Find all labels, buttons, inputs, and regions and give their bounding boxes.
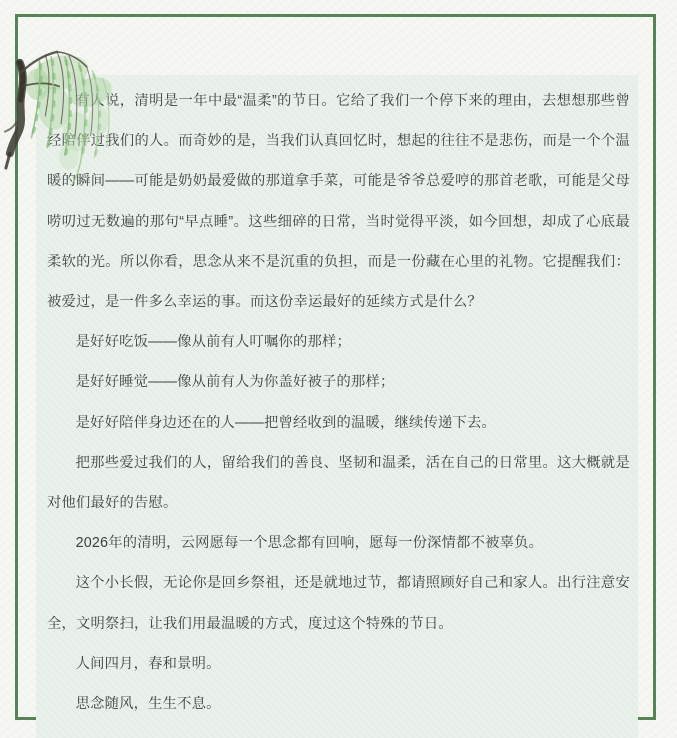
paragraph-eat: 是好好吃饭——像从前有人叮嘱你的那样； [47, 322, 630, 362]
paragraph-accompany: 是好好陪伴身边还在的人——把曾经收到的温暖，继续传递下去。 [47, 403, 630, 443]
paragraph-ending: 思念随风，生生不息。 [47, 684, 630, 724]
page-background: 有人说，清明是一年中最“温柔”的节日。它给了我们一个停下来的理由，去想想那些曾经… [0, 0, 677, 738]
paragraph-comfort: 把那些爱过我们的人，留给我们的善良、坚韧和温柔，活在自己的日常里。这大概就是对他… [47, 443, 630, 523]
paragraph-sleep: 是好好睡觉——像从前有人为你盖好被子的那样； [47, 362, 630, 402]
content-panel: 有人说，清明是一年中最“温柔”的节日。它给了我们一个停下来的理由，去想想那些曾经… [36, 75, 638, 738]
paragraph-holiday: 这个小长假，无论你是回乡祭祖，还是就地过节，都请照顾好自己和家人。出行注意安全，… [47, 563, 630, 643]
paragraph-april: 人间四月，春和景明。 [47, 644, 630, 684]
paragraph-intro: 有人说，清明是一年中最“温柔”的节日。它给了我们一个停下来的理由，去想想那些曾经… [47, 81, 630, 322]
article-body: 有人说，清明是一年中最“温柔”的节日。它给了我们一个停下来的理由，去想想那些曾经… [47, 81, 630, 724]
paragraph-wish-2026: 2026年的清明，云网愿每一个思念都有回响，愿每一份深情都不被辜负。 [47, 523, 630, 563]
